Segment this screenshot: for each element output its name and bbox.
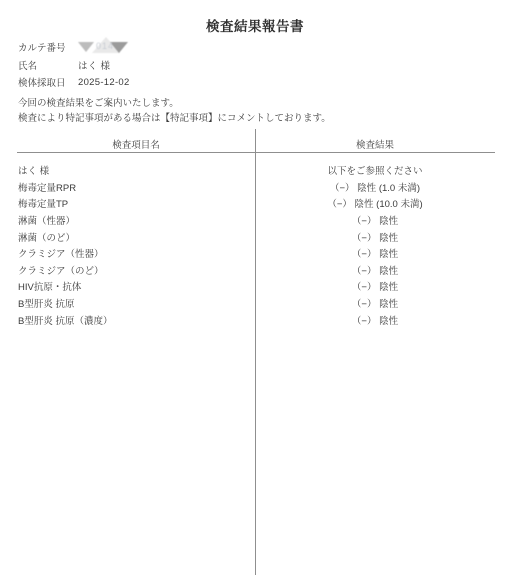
test-result-value: （−） 陰性 xyxy=(255,246,495,260)
test-result-value: （−） 陰性 xyxy=(255,213,495,227)
intro-paragraph: 今回の検査結果をご案内いたします。 検査により特記事項がある場合は【特記事項】に… xyxy=(18,97,331,126)
table-row: HIV抗原・抗体 （−） 陰性 xyxy=(0,278,510,295)
table-row: 梅毒定量TP （−） 陰性 (10.0 未満) xyxy=(0,195,510,212)
chart-number-label: カルテ番号 xyxy=(18,40,78,54)
sample-date-label: 検体採取日 xyxy=(18,75,78,89)
test-item-name: B型肝炎 抗原 xyxy=(18,296,74,310)
test-result-value: （−） 陰性 xyxy=(255,230,495,244)
test-item-name: クラミジア（性器） xyxy=(18,246,104,260)
table-row: 淋菌（性器） （−） 陰性 xyxy=(0,212,510,229)
redacted-number-text: 014 xyxy=(96,41,114,51)
test-result-value: （−） 陰性 xyxy=(255,279,495,293)
sample-date-row: 検体採取日 2025-12-02 xyxy=(18,74,134,92)
test-item-name: 淋菌（性器） xyxy=(18,213,75,227)
test-result-value: （−） 陰性 xyxy=(255,263,495,277)
test-item-name: 淋菌（のど） xyxy=(18,230,75,244)
table-row: B型肝炎 抗原 （−） 陰性 xyxy=(0,295,510,312)
test-result-value: （−） 陰性 (10.0 未満) xyxy=(255,196,495,210)
table-row: 梅毒定量RPR （−） 陰性 (1.0 未満) xyxy=(0,179,510,196)
patient-info: カルテ番号 014 氏名 はく 様 検体採取日 2025-12-02 xyxy=(18,38,134,91)
redacted-chart-number: 014 xyxy=(78,37,134,57)
result-rows: はく 様 以下をご参照ください 梅毒定量RPR （−） 陰性 (1.0 未満) … xyxy=(0,162,510,328)
table-row: クラミジア（性器） （−） 陰性 xyxy=(0,245,510,262)
column-header-result: 検査結果 xyxy=(255,137,495,151)
test-result-value: （−） 陰性 xyxy=(255,313,495,327)
intro-line-1: 今回の検査結果をご案内いたします。 xyxy=(18,97,331,112)
header-rule-line xyxy=(17,152,495,153)
test-item-name: クラミジア（のど） xyxy=(18,263,104,277)
test-result-value: （−） 陰性 (1.0 未満) xyxy=(255,180,495,194)
table-row: はく 様 以下をご参照ください xyxy=(0,162,510,179)
sample-date-value: 2025-12-02 xyxy=(78,77,130,88)
page-title: 検査結果報告書 xyxy=(0,15,510,35)
table-row: 淋菌（のど） （−） 陰性 xyxy=(0,228,510,245)
test-item-name: 梅毒定量RPR xyxy=(18,180,76,194)
table-row: クラミジア（のど） （−） 陰性 xyxy=(0,262,510,279)
redaction-triangle-down-left-icon xyxy=(78,42,94,52)
column-header-item: 検査項目名 xyxy=(17,137,255,151)
table-row: B型肝炎 抗原（濃度） （−） 陰性 xyxy=(0,311,510,328)
name-value: はく 様 xyxy=(78,58,110,72)
test-result-value: 以下をご参照ください xyxy=(255,163,495,177)
test-item-name: 梅毒定量TP xyxy=(18,196,68,210)
chart-number-value: 014 xyxy=(78,37,134,57)
test-result-value: （−） 陰性 xyxy=(255,296,495,310)
name-label: 氏名 xyxy=(18,58,78,72)
test-item-name: B型肝炎 抗原（濃度） xyxy=(18,313,112,327)
intro-line-2: 検査により特記事項がある場合は【特記事項】にコメントしております。 xyxy=(18,112,331,127)
chart-number-row: カルテ番号 014 xyxy=(18,38,134,56)
test-item-name: はく 様 xyxy=(18,163,49,177)
test-item-name: HIV抗原・抗体 xyxy=(18,279,81,293)
name-row: 氏名 はく 様 xyxy=(18,56,134,74)
